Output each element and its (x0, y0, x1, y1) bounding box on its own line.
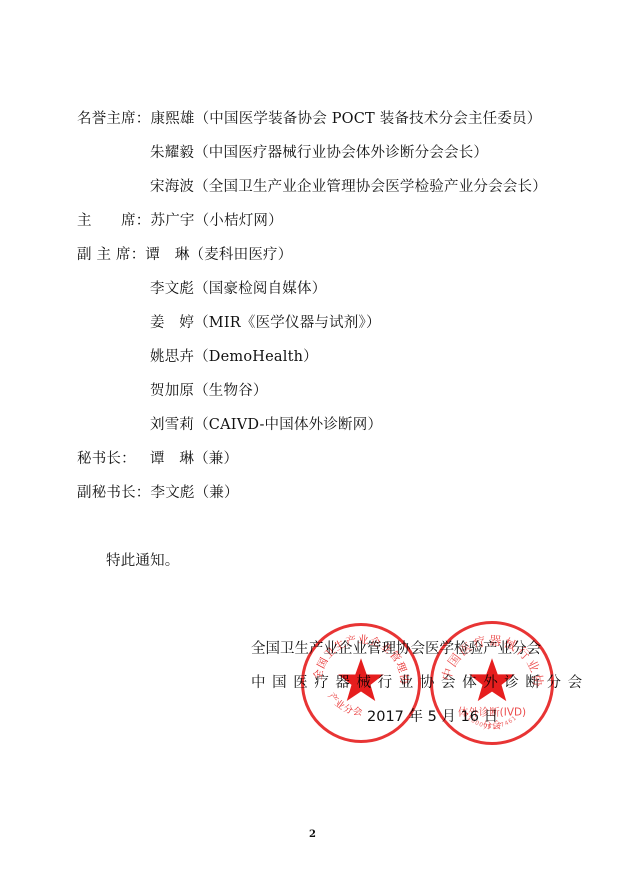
stamp-1-graphic: 全国卫生产业企业管理协会医学检验 产业分会 (304, 626, 418, 740)
vice-chair-member: 李文彪（国豪检阅自媒体） (150, 280, 326, 298)
deputy-secretary-general-row: 副秘书长：李文彪（兼） (77, 484, 239, 502)
honorary-chair-member: 宋海波（全国卫生产业企业管理协会医学检验产业分会会长） (150, 178, 547, 196)
deputy-secretary-general-label: 副秘书长： (77, 484, 151, 502)
vice-chair-member: 贺加原（生物谷） (150, 382, 268, 400)
svg-text:产业分会: 产业分会 (325, 690, 363, 718)
closing-text: 特此通知。 (106, 552, 180, 570)
secretary-general-member: 谭 琳（兼） (150, 450, 238, 468)
star-icon (469, 658, 515, 701)
vice-chair-member: 姚思卉（DemoHealth） (150, 348, 318, 366)
honorary-chair-label: 名誉主席： (77, 110, 151, 128)
chair-row: 主 席：苏广宇（小桔灯网） (77, 212, 283, 230)
deputy-secretary-general-member: 李文彪（兼） (151, 485, 239, 501)
chair-label: 主 席： (77, 212, 151, 230)
stamp-2-graphic: 中国医疗器械行业协会 体外诊断(IVD) 分会 1100006187461 (433, 624, 551, 742)
vice-chair-row: 副 主 席：谭 琳（麦科田医疗） (77, 246, 292, 264)
secretary-general-label: 秘书长： (77, 450, 136, 468)
honorary-chair-row: 名誉主席：康熙雄（中国医学装备协会 POCT 装备技术分会主任委员） (77, 110, 541, 128)
official-stamp-1: 全国卫生产业企业管理协会医学检验 产业分会 (301, 623, 421, 743)
honorary-chair-member: 朱耀毅（中国医疗器械行业协会体外诊断分会会长） (150, 144, 488, 162)
chair-member: 苏广宇（小桔灯网） (151, 213, 283, 229)
vice-chair-member: 姜 婷（MIR《医学仪器与试剂》） (150, 314, 381, 332)
vice-chair-label: 副 主 席： (77, 246, 145, 264)
star-icon (338, 658, 384, 701)
honorary-chair-member: 康熙雄（中国医学装备协会 POCT 装备技术分会主任委员） (151, 111, 542, 127)
page-number: 2 (309, 829, 316, 840)
document-page: 名誉主席：康熙雄（中国医学装备协会 POCT 装备技术分会主任委员） 朱耀毅（中… (0, 0, 629, 893)
vice-chair-member: 刘雪莉（CAIVD-中国体外诊断网） (150, 416, 382, 434)
vice-chair-member: 谭 琳（麦科田医疗） (145, 247, 292, 263)
official-stamp-2: 中国医疗器械行业协会 体外诊断(IVD) 分会 1100006187461 (430, 621, 554, 745)
